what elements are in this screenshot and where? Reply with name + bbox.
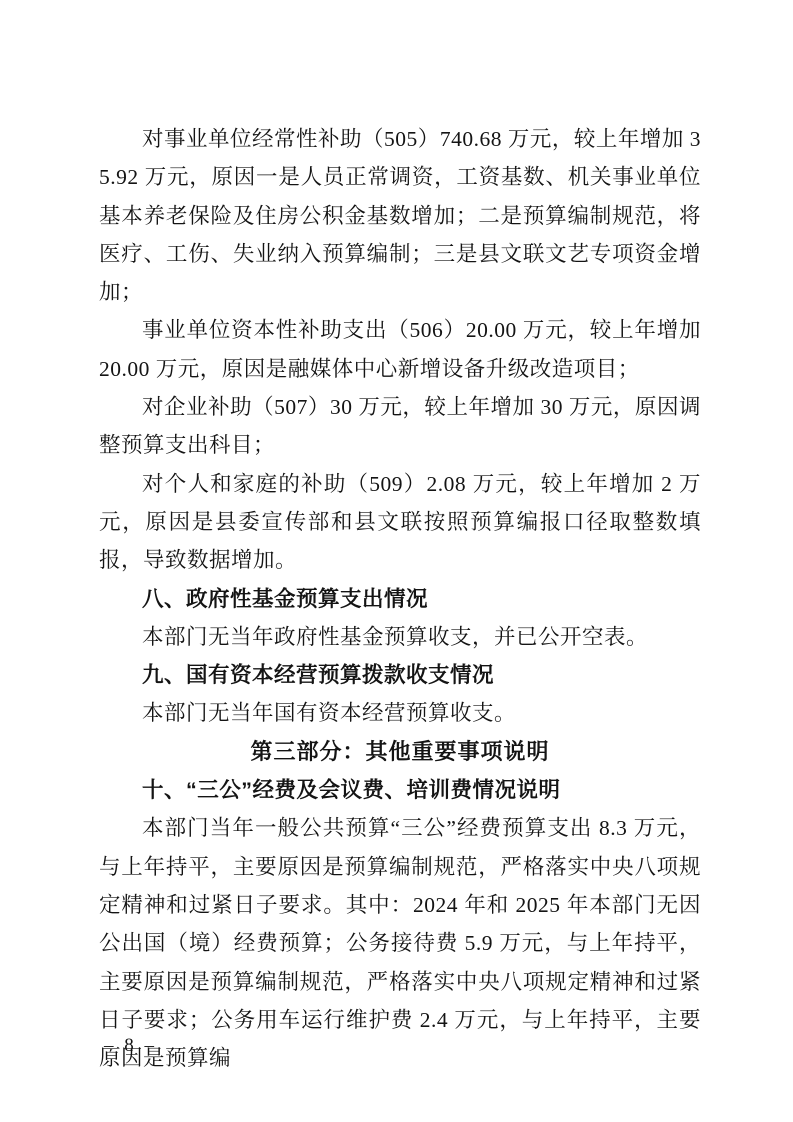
paragraph-subsidy-505: 对事业单位经常性补助（505）740.68 万元，较上年增加 35.92 万元，… [99,120,701,311]
page-number: – 8 – [104,1035,157,1057]
paragraph-subsidy-507: 对企业补助（507）30 万元，较上年增加 30 万元，原因调整预算支出科目； [99,388,701,465]
page-content: 对事业单位经常性补助（505）740.68 万元，较上年增加 35.92 万元，… [99,120,701,1077]
paragraph-subsidy-509: 对个人和家庭的补助（509）2.08 万元，较上年增加 2 万元，原因是县委宣传… [99,465,701,580]
section-heading-10: 十、“三公”经费及会议费、培训费情况说明 [99,771,701,809]
paragraph-three-public-expenses: 本部门当年一般公共预算“三公”经费预算支出 8.3 万元，与上年持平，主要原因是… [99,809,701,1077]
paragraph-subsidy-506: 事业单位资本性补助支出（506）20.00 万元，较上年增加 20.00 万元，… [99,311,701,388]
part-heading-3: 第三部分：其他重要事项说明 [99,733,701,771]
paragraph-govt-fund: 本部门无当年政府性基金预算收支，并已公开空表。 [99,618,701,656]
document-page: 对事业单位经常性补助（505）740.68 万元，较上年增加 35.92 万元，… [0,0,793,1122]
paragraph-state-capital: 本部门无当年国有资本经营预算收支。 [99,694,701,732]
section-heading-9: 九、国有资本经营预算拨款收支情况 [99,656,701,694]
section-heading-8: 八、政府性基金预算支出情况 [99,580,701,618]
